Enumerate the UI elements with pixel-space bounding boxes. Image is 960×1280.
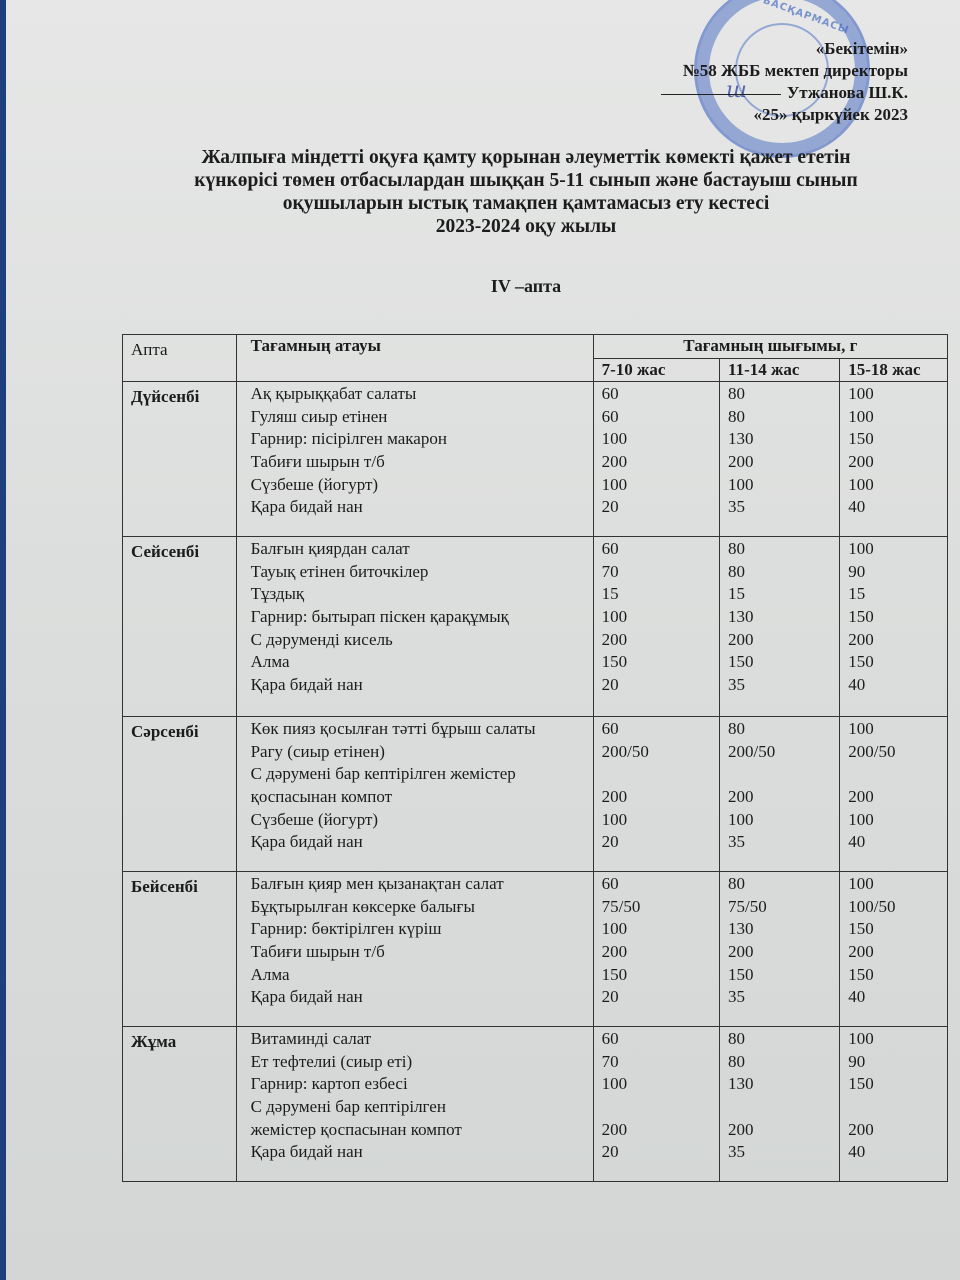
approval-position: №58 ЖББ мектеп директоры bbox=[661, 60, 908, 82]
dish-name: Рагу (сиыр етінен) bbox=[251, 741, 585, 764]
portion-value: 200 bbox=[728, 786, 831, 809]
portion-value: 60 bbox=[602, 538, 711, 561]
portion-value: 80 bbox=[728, 538, 831, 561]
portion-value: 40 bbox=[848, 831, 939, 854]
portion-value: 150 bbox=[848, 428, 939, 451]
portion-value: 100 bbox=[848, 406, 939, 429]
portion-value: 200/50 bbox=[848, 741, 939, 764]
dish-name: Гуляш сиыр етінен bbox=[251, 406, 585, 429]
dish-name: Қара бидай нан bbox=[251, 674, 585, 697]
dish-name: Сүзбеше (йогурт) bbox=[251, 809, 585, 832]
portion-value: 100 bbox=[602, 918, 711, 941]
portion-value: 100 bbox=[602, 809, 711, 832]
dish-name: Тауық етінен биточкілер bbox=[251, 561, 585, 584]
value-cell-11-14: 80801513020015035 bbox=[720, 537, 840, 717]
table-row: СейсенбіБалғын қиярдан салатТауық етінен… bbox=[123, 537, 948, 717]
portion-value: 150 bbox=[602, 964, 711, 987]
portion-value: 100 bbox=[848, 383, 939, 406]
dish-name: Қара бидай нан bbox=[251, 496, 585, 519]
portion-value: 200 bbox=[728, 941, 831, 964]
portion-value: 200 bbox=[848, 629, 939, 652]
portion-value bbox=[602, 763, 711, 786]
portion-value: 130 bbox=[728, 1073, 831, 1096]
portion-value: 80 bbox=[728, 406, 831, 429]
day-cell: Бейсенбі bbox=[123, 872, 237, 1027]
portion-value: 20 bbox=[602, 831, 711, 854]
value-cell-15-18: 1009015020040 bbox=[840, 1027, 948, 1182]
meal-schedule-table: Апта Тағамның атауы Тағамның шығымы, г 7… bbox=[122, 334, 948, 1182]
portion-value: 20 bbox=[602, 674, 711, 697]
portion-value: 100 bbox=[848, 809, 939, 832]
portion-value: 200 bbox=[602, 1119, 711, 1142]
portion-value: 70 bbox=[602, 561, 711, 584]
value-cell-11-14: 80200/5020010035 bbox=[720, 717, 840, 872]
portion-value bbox=[848, 763, 939, 786]
dish-name: жемістер қоспасынан компот bbox=[251, 1119, 585, 1142]
portion-value: 100 bbox=[602, 1073, 711, 1096]
approval-block: «Бекітемін» №58 ЖББ мектеп директоры Утж… bbox=[661, 38, 908, 126]
dish-name: Гарнир: картоп езбесі bbox=[251, 1073, 585, 1096]
portion-value: 80 bbox=[728, 1051, 831, 1074]
day-cell: Сәрсенбі bbox=[123, 717, 237, 872]
portion-value: 200 bbox=[848, 451, 939, 474]
day-cell: Дүйсенбі bbox=[123, 382, 237, 537]
title-line: күнкөрісі төмен отбасылардан шыққан 5-11… bbox=[126, 169, 926, 192]
portion-value: 200 bbox=[848, 1119, 939, 1142]
header-day: Апта bbox=[123, 335, 237, 382]
day-cell: Сейсенбі bbox=[123, 537, 237, 717]
dish-name: Алма bbox=[251, 651, 585, 674]
portion-value: 150 bbox=[848, 1073, 939, 1096]
portion-value: 200 bbox=[602, 786, 711, 809]
table-row: ЖұмаВитаминді салатЕт тефтелиі (сиыр еті… bbox=[123, 1027, 948, 1182]
portion-value: 130 bbox=[728, 428, 831, 451]
portion-value: 200 bbox=[728, 629, 831, 652]
table-row: ДүйсенбіАқ қырыққабат салатыГуляш сиыр е… bbox=[123, 382, 948, 537]
portion-value: 60 bbox=[602, 1028, 711, 1051]
dish-name: Ет тефтелиі (сиыр еті) bbox=[251, 1051, 585, 1074]
portion-value bbox=[728, 1096, 831, 1119]
portion-value: 60 bbox=[602, 718, 711, 741]
portion-value: 35 bbox=[728, 1141, 831, 1164]
portion-value: 100 bbox=[602, 428, 711, 451]
signature-line bbox=[661, 94, 781, 95]
portion-value: 35 bbox=[728, 496, 831, 519]
dish-name: Табиғи шырын т/б bbox=[251, 941, 585, 964]
portion-value: 100 bbox=[848, 873, 939, 896]
portion-value: 15 bbox=[602, 583, 711, 606]
portion-value: 200/50 bbox=[602, 741, 711, 764]
day-cell: Жұма bbox=[123, 1027, 237, 1182]
dish-name: қоспасынан компот bbox=[251, 786, 585, 809]
portion-value: 40 bbox=[848, 1141, 939, 1164]
approval-heading: «Бекітемін» bbox=[661, 38, 908, 60]
table-body: ДүйсенбіАқ қырыққабат салатыГуляш сиыр е… bbox=[123, 382, 948, 1182]
portion-value: 100/50 bbox=[848, 896, 939, 919]
portion-value: 70 bbox=[602, 1051, 711, 1074]
dish-cell: Балғын қияр мен қызанақтан салатБұқтырыл… bbox=[236, 872, 593, 1027]
dish-name: Алма bbox=[251, 964, 585, 987]
portion-value: 40 bbox=[848, 986, 939, 1009]
value-cell-7-10: 607010020020 bbox=[593, 1027, 719, 1182]
portion-value: 100 bbox=[728, 809, 831, 832]
value-cell-11-14: 808013020010035 bbox=[720, 382, 840, 537]
portion-value: 200 bbox=[602, 941, 711, 964]
approval-date: «25» қыркүйек 2023 bbox=[661, 104, 908, 126]
dish-name: Бұқтырылған көксерке балығы bbox=[251, 896, 585, 919]
dish-name: С дәрумені бар кептірілген жемістер bbox=[251, 763, 585, 786]
portion-value: 150 bbox=[728, 964, 831, 987]
header-yield: Тағамның шығымы, г bbox=[593, 335, 947, 359]
value-cell-7-10: 6075/5010020015020 bbox=[593, 872, 719, 1027]
portion-value: 75/50 bbox=[728, 896, 831, 919]
value-cell-15-18: 10010015020010040 bbox=[840, 382, 948, 537]
portion-value: 60 bbox=[602, 406, 711, 429]
portion-value: 60 bbox=[602, 873, 711, 896]
portion-value: 100 bbox=[848, 474, 939, 497]
value-cell-11-14: 808013020035 bbox=[720, 1027, 840, 1182]
approval-name-line: Утжанова Ш.К. bbox=[661, 82, 908, 104]
value-cell-15-18: 100200/5020010040 bbox=[840, 717, 948, 872]
dish-name: Балғын қияр мен қызанақтан салат bbox=[251, 873, 585, 896]
portion-value: 80 bbox=[728, 718, 831, 741]
dish-name: Витаминді салат bbox=[251, 1028, 585, 1051]
dish-name: Гарнир: пісірілген макарон bbox=[251, 428, 585, 451]
portion-value: 40 bbox=[848, 496, 939, 519]
portion-value: 20 bbox=[602, 1141, 711, 1164]
table-row: БейсенбіБалғын қияр мен қызанақтан салат… bbox=[123, 872, 948, 1027]
dish-cell: Ақ қырыққабат салатыГуляш сиыр етіненГар… bbox=[236, 382, 593, 537]
portion-value: 80 bbox=[728, 383, 831, 406]
dish-cell: Көк пияз қосылған тәтті бұрыш салатыРагу… bbox=[236, 717, 593, 872]
portion-value: 100 bbox=[728, 474, 831, 497]
portion-value: 100 bbox=[848, 1028, 939, 1051]
dish-name: Гарнир: бытырап піскен қарақұмық bbox=[251, 606, 585, 629]
portion-value: 150 bbox=[848, 651, 939, 674]
dish-name: Гарнир: бөктірілген күріш bbox=[251, 918, 585, 941]
dish-name: Ақ қырыққабат салаты bbox=[251, 383, 585, 406]
portion-value: 80 bbox=[728, 561, 831, 584]
portion-value: 90 bbox=[848, 1051, 939, 1074]
document-page: БІЛІМ БАСҚАРМАСЫ ш «Бекітемін» №58 ЖББ м… bbox=[6, 0, 960, 1280]
portion-value: 150 bbox=[602, 651, 711, 674]
value-cell-15-18: 100901515020015040 bbox=[840, 537, 948, 717]
portion-value: 150 bbox=[848, 606, 939, 629]
week-label: IV –апта bbox=[126, 276, 926, 297]
portion-value: 35 bbox=[728, 831, 831, 854]
title-line: Жалпыға міндетті оқуға қамту қорынан әле… bbox=[126, 146, 926, 169]
portion-value: 100 bbox=[848, 718, 939, 741]
portion-value: 40 bbox=[848, 674, 939, 697]
dish-name: Қара бидай нан bbox=[251, 1141, 585, 1164]
portion-value: 200/50 bbox=[728, 741, 831, 764]
document-title: Жалпыға міндетті оқуға қамту қорынан әле… bbox=[126, 146, 926, 238]
portion-value: 200 bbox=[728, 1119, 831, 1142]
portion-value: 200 bbox=[602, 451, 711, 474]
portion-value: 200 bbox=[848, 786, 939, 809]
portion-value: 100 bbox=[602, 474, 711, 497]
portion-value bbox=[602, 1096, 711, 1119]
approval-name: Утжанова Ш.К. bbox=[787, 83, 908, 102]
dish-name: Көк пияз қосылған тәтті бұрыш салаты bbox=[251, 718, 585, 741]
portion-value: 75/50 bbox=[602, 896, 711, 919]
table-header-row: Апта Тағамның атауы Тағамның шығымы, г bbox=[123, 335, 948, 359]
dish-name: Қара бидай нан bbox=[251, 831, 585, 854]
portion-value: 100 bbox=[848, 538, 939, 561]
portion-value: 200 bbox=[728, 451, 831, 474]
portion-value: 20 bbox=[602, 986, 711, 1009]
portion-value: 150 bbox=[848, 964, 939, 987]
title-line: 2023-2024 оқу жылы bbox=[126, 215, 926, 238]
portion-value: 130 bbox=[728, 606, 831, 629]
value-cell-11-14: 8075/5013020015035 bbox=[720, 872, 840, 1027]
header-age-15-18: 15-18 жас bbox=[840, 358, 948, 382]
portion-value: 150 bbox=[848, 918, 939, 941]
portion-value: 35 bbox=[728, 674, 831, 697]
dish-name: С дәрумені бар кептірілген bbox=[251, 1096, 585, 1119]
dish-name: Қара бидай нан bbox=[251, 986, 585, 1009]
portion-value bbox=[848, 1096, 939, 1119]
title-line: оқушыларын ыстық тамақпен қамтамасыз ету… bbox=[126, 192, 926, 215]
table-row: СәрсенбіКөк пияз қосылған тәтті бұрыш са… bbox=[123, 717, 948, 872]
portion-value: 200 bbox=[848, 941, 939, 964]
dish-cell: Балғын қиярдан салатТауық етінен биточкі… bbox=[236, 537, 593, 717]
value-cell-7-10: 606010020010020 bbox=[593, 382, 719, 537]
portion-value: 80 bbox=[728, 1028, 831, 1051]
portion-value: 20 bbox=[602, 496, 711, 519]
portion-value: 90 bbox=[848, 561, 939, 584]
dish-name: Сүзбеше (йогурт) bbox=[251, 474, 585, 497]
portion-value: 60 bbox=[602, 383, 711, 406]
portion-value: 80 bbox=[728, 873, 831, 896]
portion-value: 200 bbox=[602, 629, 711, 652]
header-age-11-14: 11-14 жас bbox=[720, 358, 840, 382]
header-dish: Тағамның атауы bbox=[236, 335, 593, 382]
dish-name: Табиғи шырын т/б bbox=[251, 451, 585, 474]
portion-value: 15 bbox=[728, 583, 831, 606]
value-cell-15-18: 100100/5015020015040 bbox=[840, 872, 948, 1027]
header-age-7-10: 7-10 жас bbox=[593, 358, 719, 382]
dish-name: Балғын қиярдан салат bbox=[251, 538, 585, 561]
portion-value: 35 bbox=[728, 986, 831, 1009]
dish-cell: Витаминді салатЕт тефтелиі (сиыр еті)Гар… bbox=[236, 1027, 593, 1182]
value-cell-7-10: 60200/5020010020 bbox=[593, 717, 719, 872]
portion-value: 100 bbox=[602, 606, 711, 629]
dish-name: С дәруменді кисель bbox=[251, 629, 585, 652]
dish-name: Тұздық bbox=[251, 583, 585, 606]
value-cell-7-10: 60701510020015020 bbox=[593, 537, 719, 717]
portion-value bbox=[728, 763, 831, 786]
portion-value: 150 bbox=[728, 651, 831, 674]
portion-value: 130 bbox=[728, 918, 831, 941]
portion-value: 15 bbox=[848, 583, 939, 606]
